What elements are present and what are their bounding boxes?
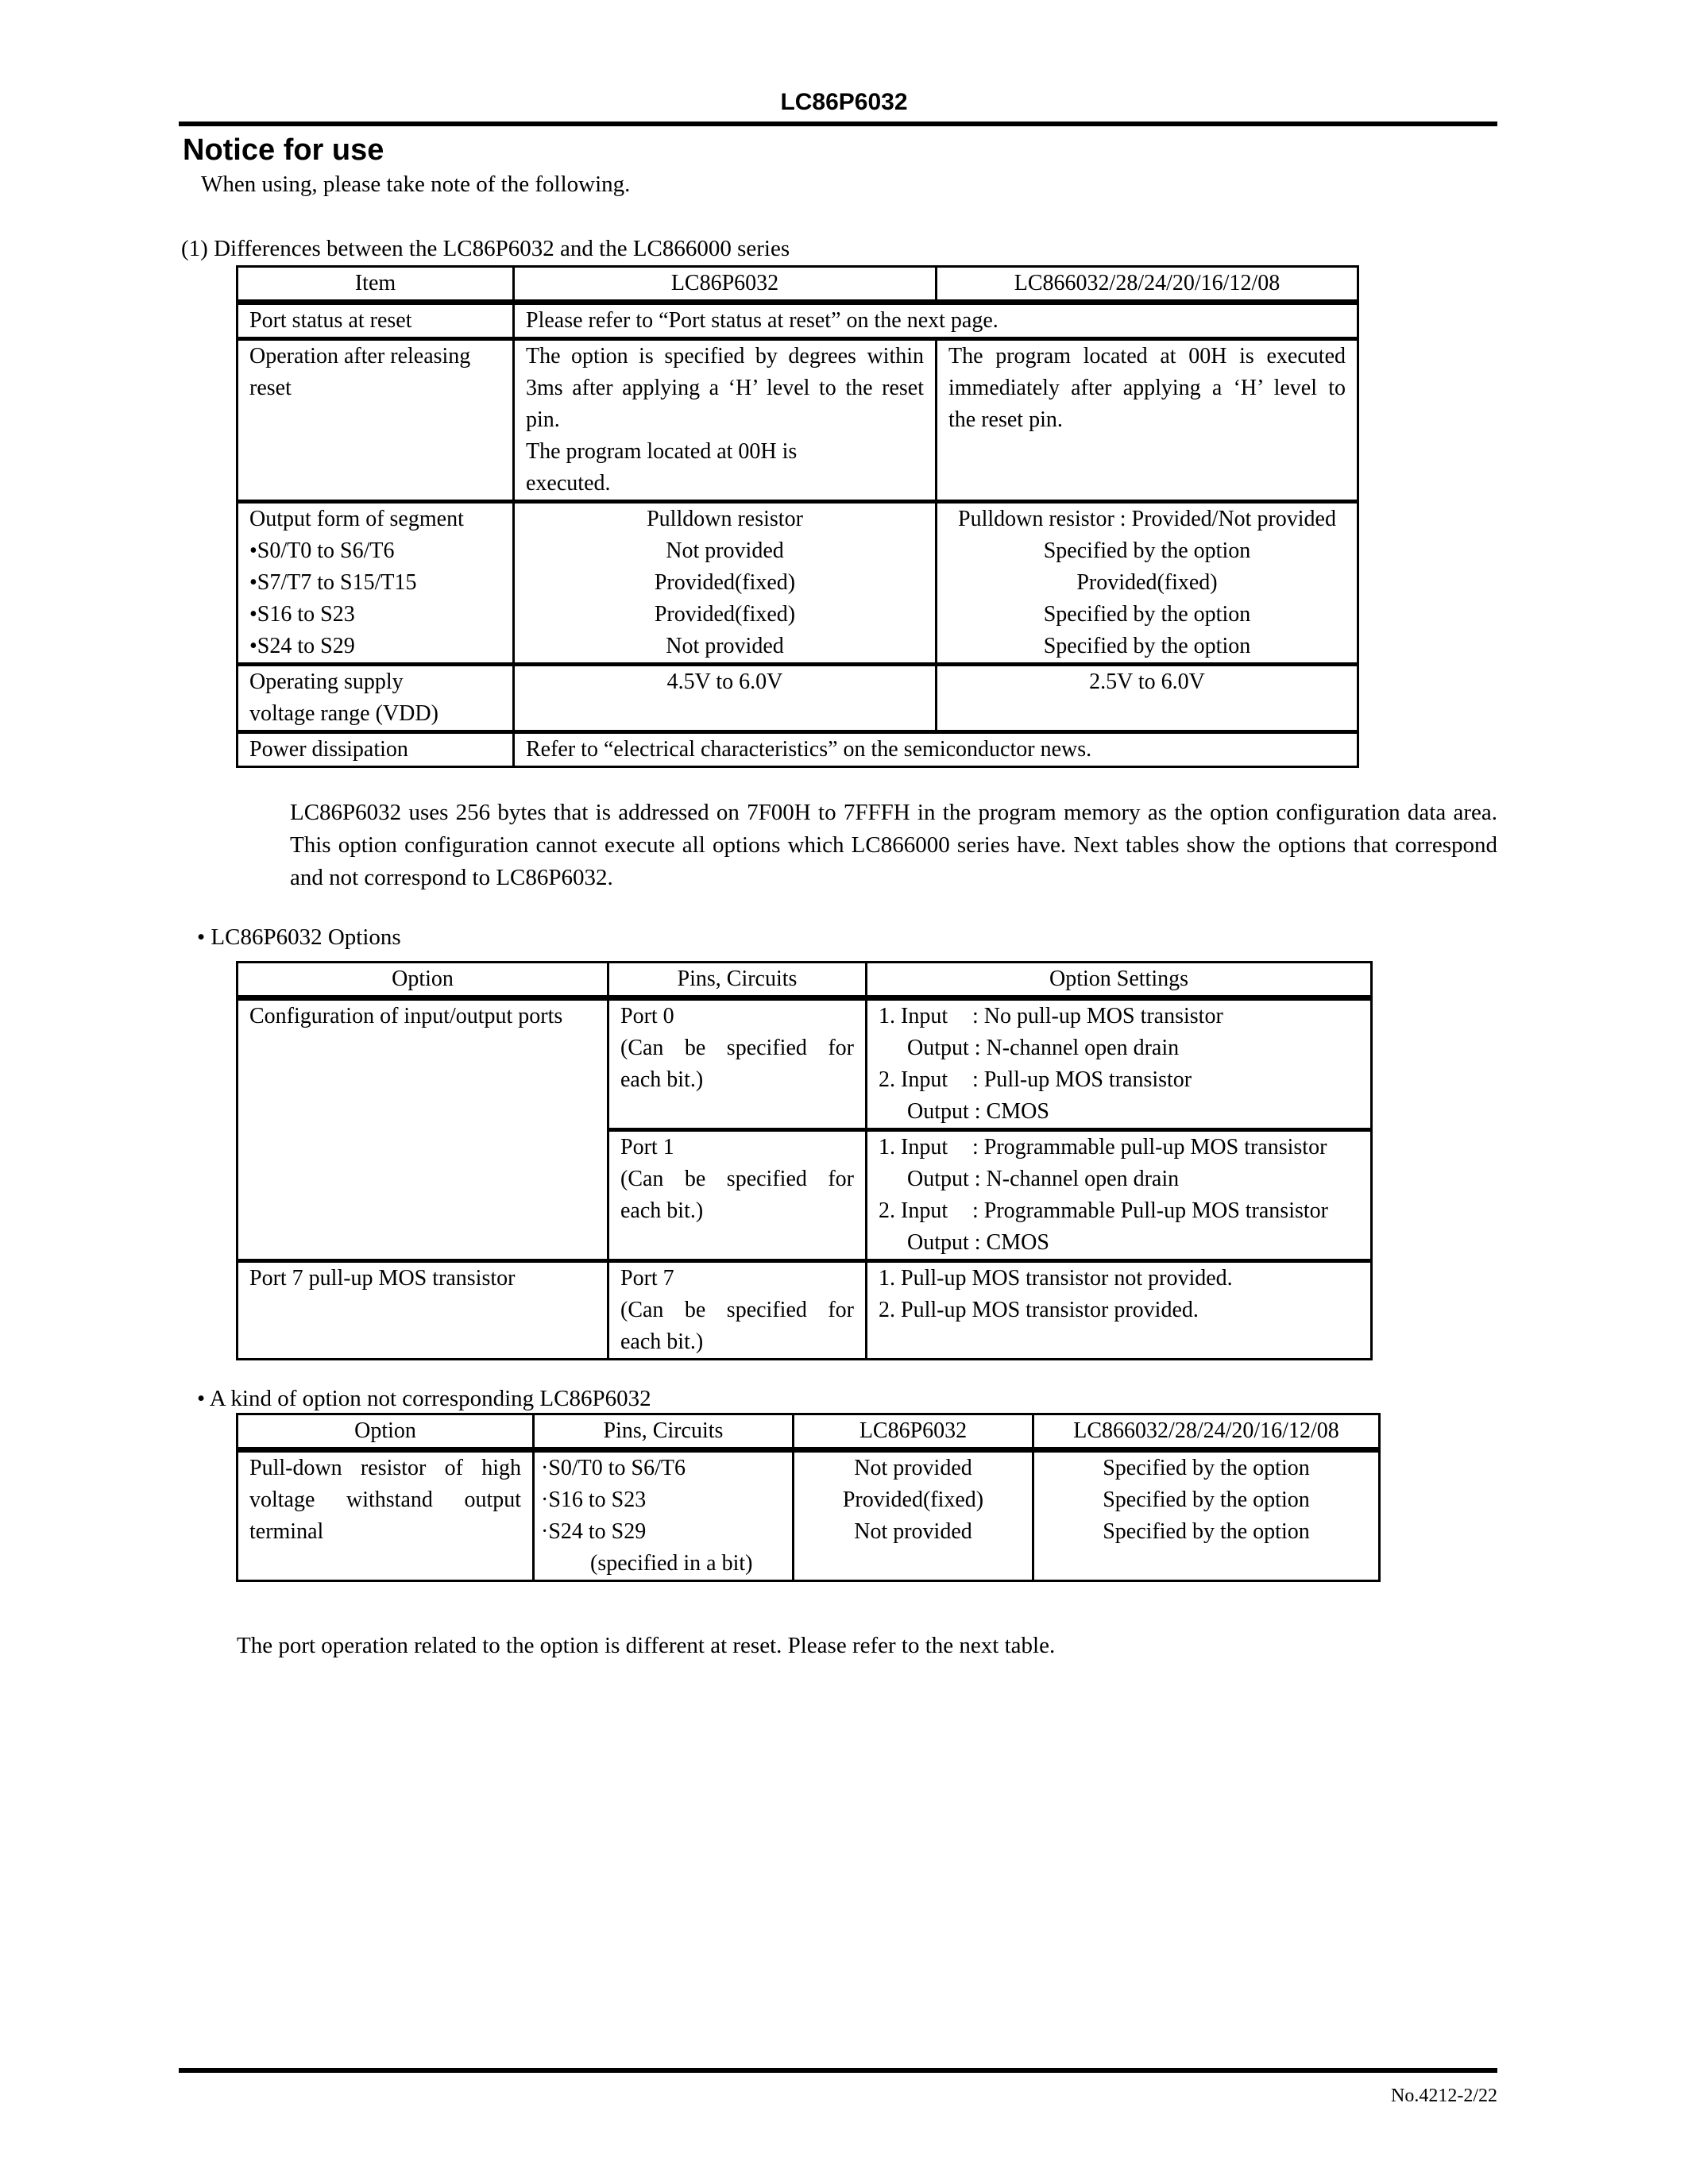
merged-cell: Please refer to “Port status at reset” o… xyxy=(514,303,1358,339)
item-cell: Operating supply voltage range (VDD) xyxy=(238,665,514,732)
cell-line: the reset pin. xyxy=(948,404,1346,436)
item-cell: Operation after releasing reset xyxy=(238,339,514,502)
merged-cell: Refer to “electrical characteristics” on… xyxy=(514,732,1358,767)
setting-number: 1. Input xyxy=(879,1001,972,1032)
options-table: Option Pins, Circuits Option Settings Co… xyxy=(236,961,1373,1360)
closing-note: The port operation related to the option… xyxy=(237,1630,1055,1661)
column-header: LC866032/28/24/20/16/12/08 xyxy=(937,267,1358,303)
item-cell: Output form of segment •S0/T0 to S6/T6 •… xyxy=(238,502,514,665)
cell-line: 1. Pull-up MOS transistor not provided. xyxy=(879,1263,1359,1295)
column-header: Option xyxy=(238,963,608,998)
section-title: Notice for use xyxy=(183,133,384,168)
cell-line: 2. Pull-up MOS transistor provided. xyxy=(879,1295,1359,1326)
column-header: Pins, Circuits xyxy=(534,1414,794,1450)
item-cell: Port status at reset xyxy=(238,303,514,339)
setting-text: : Pull-up MOS transistor xyxy=(972,1067,1192,1092)
cell-line: immediately after applying a ‘H’ level t… xyxy=(948,372,1346,404)
cell-line: Port 0 xyxy=(620,1001,854,1032)
p6032-cell: Not provided Provided(fixed) Not provide… xyxy=(794,1450,1033,1581)
table-header-row: Option Pins, Circuits LC86P6032 LC866032… xyxy=(238,1414,1380,1450)
table-row: Operation after releasing reset The opti… xyxy=(238,339,1358,502)
table-row: Port 7 pull-up MOS transistor Port 7 (Ca… xyxy=(238,1261,1372,1360)
cell-line: (Can be specified for xyxy=(620,1163,854,1195)
cell-line: Not provided xyxy=(805,1453,1021,1484)
cell-line: ·S16 to S23 xyxy=(541,1484,781,1516)
cell-line: Output form of segment xyxy=(249,504,501,535)
cell-line: reset xyxy=(249,372,501,404)
section-intro: When using, please take note of the foll… xyxy=(201,168,630,200)
cell-line: (Can be specified for xyxy=(620,1032,854,1064)
cell-line: •S0/T0 to S6/T6 xyxy=(249,535,501,567)
cell-line: Provided(fixed) xyxy=(948,567,1346,599)
footer-rule xyxy=(179,2068,1497,2073)
cell-line: terminal xyxy=(249,1516,521,1548)
cell-line: Output : CMOS xyxy=(879,1096,1359,1128)
setting-text: : No pull-up MOS transistor xyxy=(972,1004,1223,1028)
settings-cell: 1. Input: Programmable pull-up MOS trans… xyxy=(867,1130,1372,1261)
differences-table: Item LC86P6032 LC866032/28/24/20/16/12/0… xyxy=(236,265,1359,768)
cell-line: Provided(fixed) xyxy=(526,599,924,631)
p6032-cell: 4.5V to 6.0V xyxy=(514,665,937,732)
cell-line: 1. Input: Programmable pull-up MOS trans… xyxy=(879,1132,1359,1163)
not-corresponding-table: Option Pins, Circuits LC86P6032 LC866032… xyxy=(236,1413,1381,1582)
option-cell: Configuration of input/output ports xyxy=(238,998,608,1261)
option-cell: Port 7 pull-up MOS transistor xyxy=(238,1261,608,1360)
cell-line: •S7/T7 to S15/T15 xyxy=(249,567,501,599)
settings-cell: 1. Pull-up MOS transistor not provided. … xyxy=(867,1261,1372,1360)
cell-line: 1. Input: No pull-up MOS transistor xyxy=(879,1001,1359,1032)
cell-line: (specified in a bit) xyxy=(541,1548,781,1580)
column-header: Option Settings xyxy=(867,963,1372,998)
document-part-number: LC86P6032 xyxy=(0,89,1688,116)
cell-line: each bit.) xyxy=(620,1195,854,1227)
table-row: Output form of segment •S0/T0 to S6/T6 •… xyxy=(238,502,1358,665)
cell-line: Specified by the option xyxy=(948,535,1346,567)
p6032-cell: Pulldown resistor Not provided Provided(… xyxy=(514,502,937,665)
cell-line: Operating supply xyxy=(249,666,501,698)
cell-line: Not provided xyxy=(526,535,924,567)
column-header: Item xyxy=(238,267,514,303)
option-cell: Pull-down resistor of high voltage withs… xyxy=(238,1450,534,1581)
cell-line: Operation after releasing xyxy=(249,341,501,372)
cell-line: voltage withstand output xyxy=(249,1484,521,1516)
cell-line: (Can be specified for xyxy=(620,1295,854,1326)
cell-line: ·S0/T0 to S6/T6 xyxy=(541,1453,781,1484)
column-header: Option xyxy=(238,1414,534,1450)
cell-line: Pull-down resistor of high xyxy=(249,1453,521,1484)
differences-caption: (1) Differences between the LC86P6032 an… xyxy=(181,233,790,264)
cell-line: ·S24 to S29 xyxy=(541,1516,781,1548)
series-cell: Specified by the option Specified by the… xyxy=(1033,1450,1380,1581)
cell-line: 2. Input: Pull-up MOS transistor xyxy=(879,1064,1359,1096)
setting-text: : Programmable pull-up MOS transistor xyxy=(972,1135,1327,1160)
settings-cell: 1. Input: No pull-up MOS transistor Outp… xyxy=(867,998,1372,1130)
table-header-row: Option Pins, Circuits Option Settings xyxy=(238,963,1372,998)
cell-line: each bit.) xyxy=(620,1326,854,1358)
pins-cell: Port 7 (Can be specified for each bit.) xyxy=(608,1261,867,1360)
table-header-row: Item LC86P6032 LC866032/28/24/20/16/12/0… xyxy=(238,267,1358,303)
series-cell: Pulldown resistor : Provided/Not provide… xyxy=(937,502,1358,665)
cell-line: Output : N-channel open drain xyxy=(879,1163,1359,1195)
table-row: Configuration of input/output ports Port… xyxy=(238,998,1372,1130)
cell-line: Pulldown resistor xyxy=(526,504,924,535)
cell-line: Specified by the option xyxy=(948,631,1346,662)
cell-line: •S16 to S23 xyxy=(249,599,501,631)
cell-line: Port 7 xyxy=(620,1263,854,1295)
cell-line: Specified by the option xyxy=(1045,1484,1367,1516)
option-area-paragraph: LC86P6032 uses 256 bytes that is address… xyxy=(290,797,1497,894)
setting-number: 1. Input xyxy=(879,1132,972,1163)
cell-line: 2. Input: Programmable Pull-up MOS trans… xyxy=(879,1195,1359,1227)
cell-line: Not provided xyxy=(805,1516,1021,1548)
table-row: Pull-down resistor of high voltage withs… xyxy=(238,1450,1380,1581)
cell-line: Pulldown resistor : Provided/Not provide… xyxy=(948,504,1346,535)
item-cell: Power dissipation xyxy=(238,732,514,767)
setting-number: 2. Input xyxy=(879,1195,972,1227)
page-number: No.4212-2/22 xyxy=(1391,2086,1497,2107)
cell-line: Specified by the option xyxy=(1045,1516,1367,1548)
cell-line: pin. xyxy=(526,404,924,436)
cell-line: each bit.) xyxy=(620,1064,854,1096)
column-header: LC86P6032 xyxy=(794,1414,1033,1450)
pins-cell: Port 0 (Can be specified for each bit.) xyxy=(608,998,867,1130)
cell-line: The program located at 00H is xyxy=(526,436,924,468)
cell-line: Not provided xyxy=(526,631,924,662)
series-cell: 2.5V to 6.0V xyxy=(937,665,1358,732)
cell-line: Specified by the option xyxy=(948,599,1346,631)
options-caption: • LC86P6032 Options xyxy=(197,921,401,953)
cell-line: executed. xyxy=(526,468,924,500)
cell-line: Port 1 xyxy=(620,1132,854,1163)
pins-cell: ·S0/T0 to S6/T6 ·S16 to S23 ·S24 to S29 … xyxy=(534,1450,794,1581)
cell-line: Specified by the option xyxy=(1045,1453,1367,1484)
column-header: LC866032/28/24/20/16/12/08 xyxy=(1033,1414,1380,1450)
cell-line: Provided(fixed) xyxy=(805,1484,1021,1516)
cell-line: voltage range (VDD) xyxy=(249,698,501,730)
cell-line: Output : CMOS xyxy=(879,1227,1359,1259)
not-corresponding-caption: • A kind of option not corresponding LC8… xyxy=(197,1383,651,1414)
cell-line: The option is specified by degrees withi… xyxy=(526,341,924,372)
setting-text: : Programmable Pull-up MOS transistor xyxy=(972,1198,1328,1223)
pins-cell: Port 1 (Can be specified for each bit.) xyxy=(608,1130,867,1261)
cell-line: •S24 to S29 xyxy=(249,631,501,662)
table-row: Power dissipation Refer to “electrical c… xyxy=(238,732,1358,767)
column-header: Pins, Circuits xyxy=(608,963,867,998)
table-row: Operating supply voltage range (VDD) 4.5… xyxy=(238,665,1358,732)
cell-line: Provided(fixed) xyxy=(526,567,924,599)
p6032-cell: The option is specified by degrees withi… xyxy=(514,339,937,502)
header-rule xyxy=(179,122,1497,126)
cell-line: The program located at 00H is executed xyxy=(948,341,1346,372)
cell-line: Output : N-channel open drain xyxy=(879,1032,1359,1064)
series-cell: The program located at 00H is executed i… xyxy=(937,339,1358,502)
column-header: LC86P6032 xyxy=(514,267,937,303)
setting-number: 2. Input xyxy=(879,1064,972,1096)
table-row: Port status at reset Please refer to “Po… xyxy=(238,303,1358,339)
cell-line: 3ms after applying a ‘H’ level to the re… xyxy=(526,372,924,404)
